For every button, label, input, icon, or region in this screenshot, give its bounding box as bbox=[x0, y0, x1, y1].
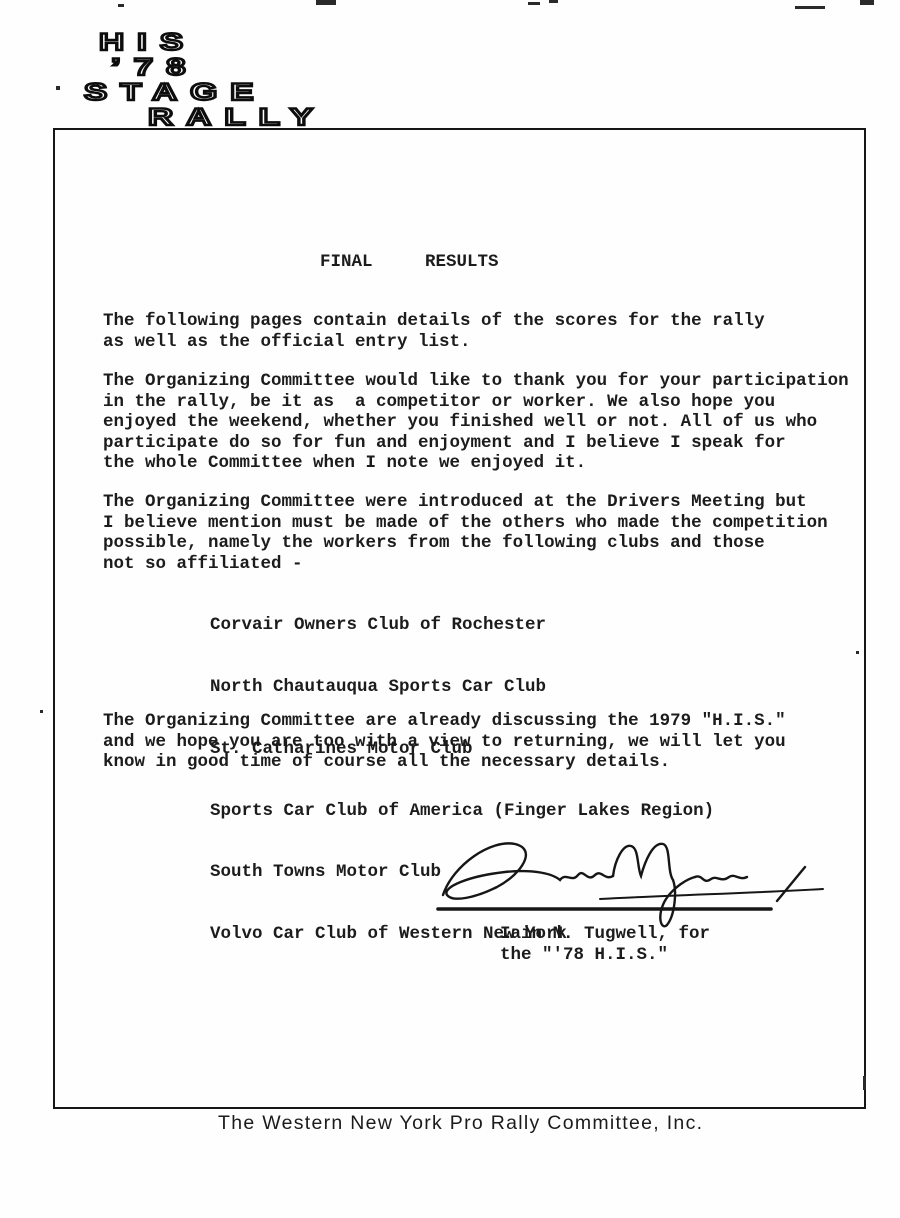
paragraph-committee: The Organizing Committee were introduced… bbox=[103, 492, 828, 574]
club-list-item: North Chautauqua Sports Car Club bbox=[210, 677, 714, 698]
scan-noise bbox=[856, 651, 859, 654]
club-list-item: Corvair Owners Club of Rochester bbox=[210, 615, 714, 636]
club-list-item: Sports Car Club of America (Finger Lakes… bbox=[210, 801, 714, 822]
paragraph-thanks: The Organizing Committee would like to t… bbox=[103, 371, 849, 474]
paragraph-1979-plans: The Organizing Committee are already dis… bbox=[103, 711, 786, 773]
letter-title: FINAL RESULTS bbox=[320, 252, 499, 273]
scanned-letter-page: HIS ’78 STAGE RALLY FINAL RESULTS The fo… bbox=[0, 0, 900, 1218]
paragraph-intro: The following pages contain details of t… bbox=[103, 311, 765, 352]
signer-name: Iain N. Tugwell, for bbox=[500, 924, 710, 944]
signature-handwriting-icon bbox=[425, 831, 845, 936]
scan-noise bbox=[863, 1076, 866, 1090]
signature-block: Iain N. Tugwell, forthe "'78 H.I.S." bbox=[500, 924, 710, 965]
footer-committee-name: The Western New York Pro Rally Committee… bbox=[218, 1112, 703, 1135]
logo-line-78: ’78 bbox=[111, 56, 199, 80]
scan-noise bbox=[56, 86, 60, 90]
scan-noise bbox=[316, 0, 336, 5]
logo-line-stage: STAGE bbox=[84, 81, 267, 105]
signer-organization: the "'78 H.I.S." bbox=[500, 945, 668, 965]
scan-noise bbox=[40, 710, 43, 713]
logo-line-his: HIS bbox=[99, 31, 196, 55]
scan-noise bbox=[860, 0, 874, 5]
scan-noise bbox=[236, 84, 239, 87]
logo-line-rally: RALLY bbox=[148, 106, 326, 130]
scan-noise bbox=[118, 4, 124, 7]
scan-noise bbox=[528, 2, 540, 5]
scan-noise bbox=[795, 6, 825, 9]
scan-noise bbox=[549, 0, 558, 3]
